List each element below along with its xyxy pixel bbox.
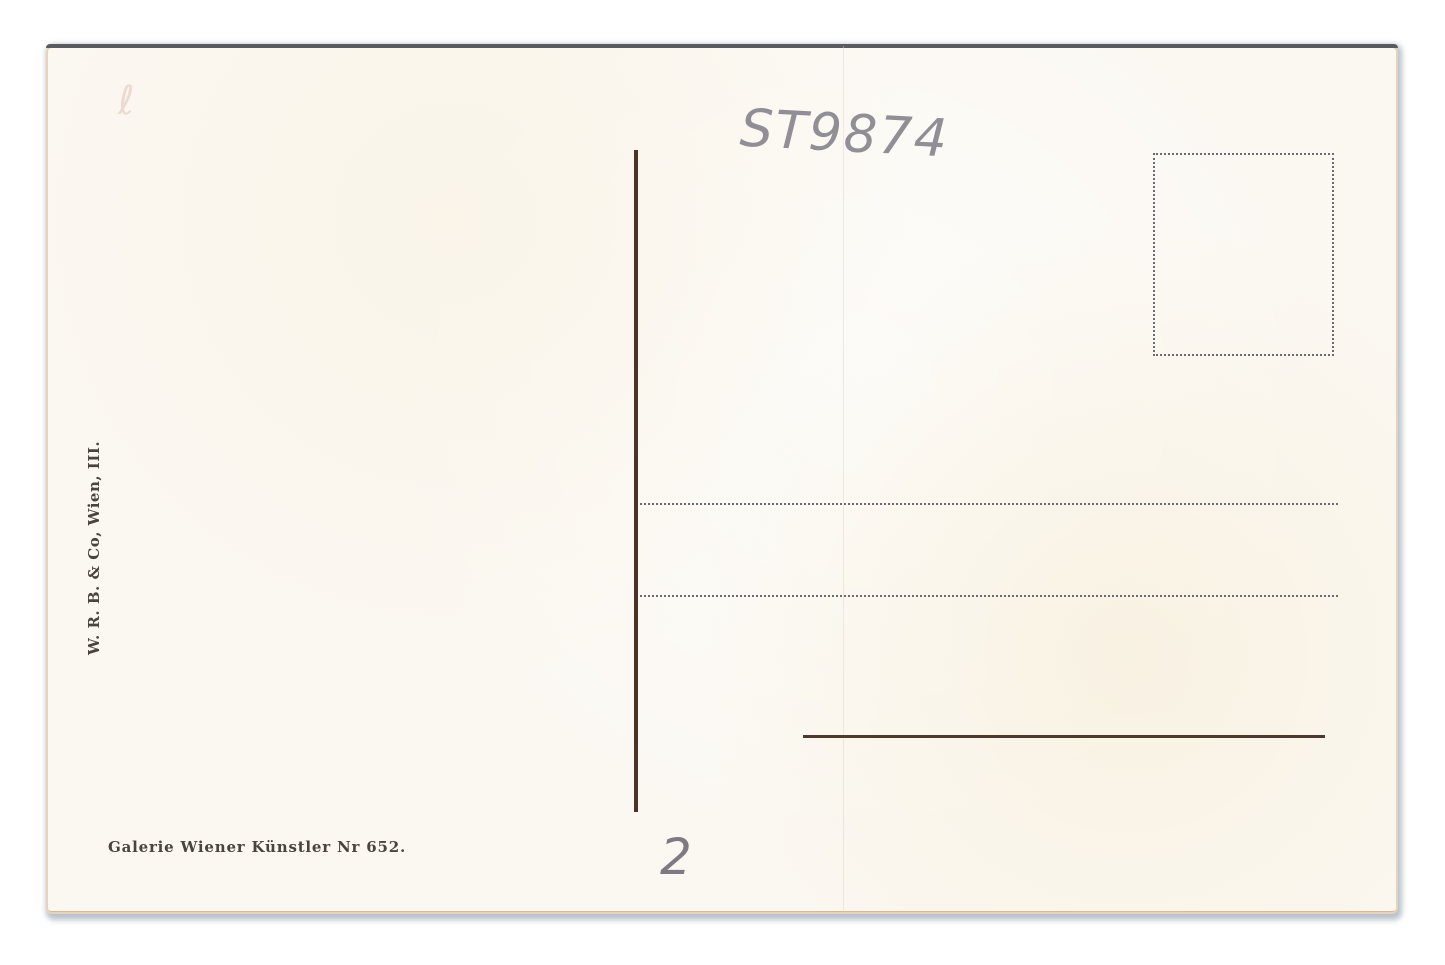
- handwritten-mark: 2: [660, 828, 692, 886]
- crease-line: [843, 46, 844, 914]
- address-line-3: [803, 735, 1325, 738]
- address-line-2: [640, 595, 1338, 597]
- address-line-1: [640, 503, 1338, 505]
- vertical-divider-line: [634, 150, 638, 812]
- stamp-placeholder-box: [1153, 153, 1334, 356]
- publisher-imprint: W. R. B. & Co, Wien, III.: [85, 441, 103, 655]
- series-caption: Galerie Wiener Künstler Nr 652.: [108, 838, 406, 856]
- card-top-edge: [46, 44, 1398, 48]
- handwritten-inventory-code: ST9874: [739, 99, 951, 170]
- handwritten-corner-mark: ℓ: [118, 78, 135, 124]
